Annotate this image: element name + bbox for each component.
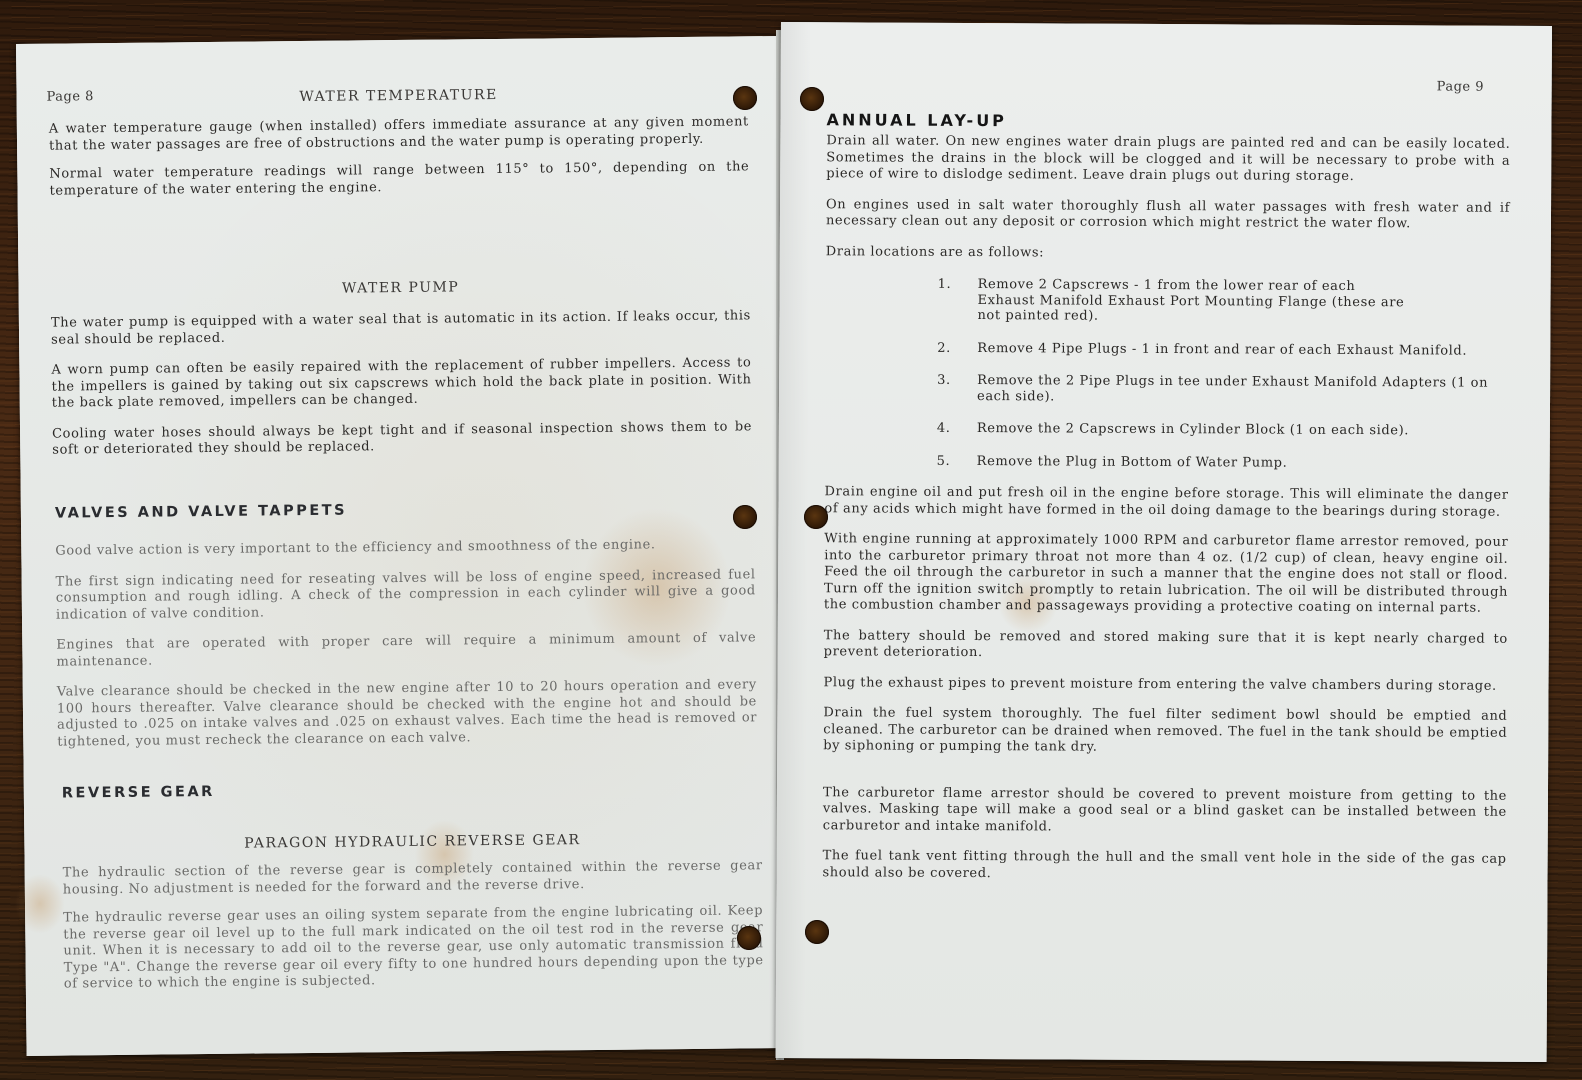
punch-hole — [733, 86, 757, 110]
right-page: Page 9 ANNUAL LAY-UP Drain all water. On… — [776, 22, 1552, 1062]
list-item: 2. Remove 4 Pipe Plugs - 1 in front and … — [937, 340, 1517, 359]
paragraph: With engine running at approximately 100… — [824, 531, 1508, 617]
punch-hole — [733, 505, 757, 529]
paragraph: Cooling water hoses should always be kep… — [52, 419, 752, 459]
left-page: Page 8 WATER TEMPERATURE A water tempera… — [16, 36, 792, 1056]
list-number: 3. — [937, 373, 977, 404]
section-heading: REVERSE GEAR — [62, 778, 762, 801]
punch-hole — [800, 87, 824, 111]
paragraph: Drain all water. On new engines water dr… — [826, 133, 1510, 186]
paragraph: Engines that are operated with proper ca… — [56, 630, 756, 670]
section-heading: VALVES AND VALVE TAPPETS — [55, 498, 755, 521]
list-number: 1. — [937, 277, 977, 324]
section-heading: WATER PUMP — [51, 276, 751, 299]
list-text: Remove the Plug in Bottom of Water Pump. — [977, 454, 1288, 471]
section-valves: VALVES AND VALVE TAPPETS Good valve acti… — [55, 498, 758, 750]
paragraph: Drain locations are as follows: — [826, 244, 1510, 264]
paragraph: The carburetor flame arrestor should be … — [823, 785, 1507, 838]
list-text: Remove 2 Capscrews - 1 from the lower re… — [977, 277, 1407, 326]
list-item: 1. Remove 2 Capscrews - 1 from the lower… — [937, 277, 1407, 326]
paragraph: The battery should be removed and stored… — [824, 628, 1508, 665]
punch-hole — [805, 920, 829, 944]
paragraph: The water pump is equipped with a water … — [51, 308, 751, 348]
list-text: Remove the 2 Pipe Plugs in tee under Exh… — [977, 373, 1497, 407]
paragraph: Plug the exhaust pipes to prevent moistu… — [823, 675, 1507, 695]
paragraph: Drain the fuel system thoroughly. The fu… — [823, 705, 1507, 758]
section-heading: ANNUAL LAY-UP — [826, 110, 1510, 133]
paragraph: Drain engine oil and put fresh oil in th… — [824, 484, 1508, 521]
punch-hole — [737, 926, 761, 950]
list-item: 5. Remove the Plug in Bottom of Water Pu… — [937, 453, 1517, 472]
list-text: Remove 4 Pipe Plugs - 1 in front and rea… — [977, 341, 1467, 359]
section-water-pump: WATER PUMP The water pump is equipped wi… — [51, 276, 753, 459]
paragraph: A worn pump can often be easily repaired… — [51, 355, 751, 412]
paragraph: Good valve action is very important to t… — [55, 536, 755, 560]
section-reverse-gear: REVERSE GEAR PARAGON HYDRAULIC REVERSE G… — [62, 778, 764, 993]
list-number: 4. — [937, 421, 977, 437]
section-heading: WATER TEMPERATURE — [49, 84, 749, 107]
list-text: Remove the 2 Capscrews in Cylinder Block… — [977, 421, 1409, 439]
paragraph: A water temperature gauge (when installe… — [49, 114, 749, 154]
paragraph: The first sign indicating need for resea… — [56, 567, 756, 624]
paragraph: The hydraulic reverse gear uses an oilin… — [63, 903, 764, 993]
section-water-temperature: WATER TEMPERATURE A water temperature ga… — [49, 84, 750, 199]
list-number: 5. — [937, 453, 977, 469]
paragraph: The fuel tank vent fitting through the h… — [823, 848, 1507, 885]
section-annual-lay-up: ANNUAL LAY-UP Drain all water. On new en… — [823, 110, 1511, 885]
drain-steps-list: 1. Remove 2 Capscrews - 1 from the lower… — [937, 277, 1518, 472]
paragraph: Normal water temperature readings will r… — [49, 159, 749, 199]
paragraph: The hydraulic section of the reverse gea… — [63, 858, 763, 898]
paragraph: Valve clearance should be checked in the… — [57, 677, 758, 750]
list-item: 4. Remove the 2 Capscrews in Cylinder Bl… — [937, 421, 1417, 439]
section-subheading: PARAGON HYDRAULIC REVERSE GEAR — [62, 830, 762, 853]
punch-hole — [804, 505, 828, 529]
paragraph: On engines used in salt water thoroughly… — [826, 197, 1510, 234]
list-number: 2. — [937, 340, 977, 356]
page-number: Page 9 — [1437, 79, 1484, 94]
list-item: 3. Remove the 2 Pipe Plugs in tee under … — [937, 373, 1497, 407]
